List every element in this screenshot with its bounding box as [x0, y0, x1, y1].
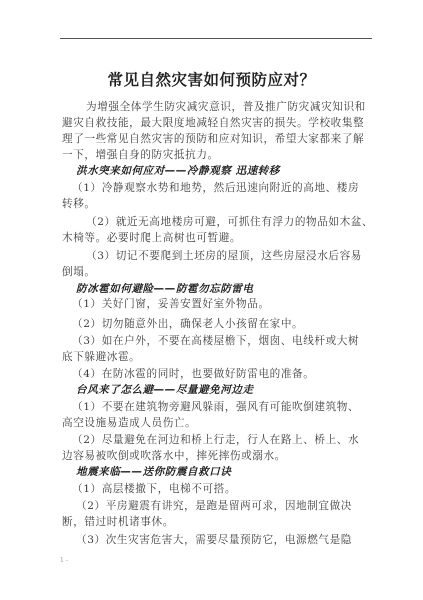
section-heading: 台风来了怎么避——尽量避免河边走 [76, 382, 254, 397]
body-text-line: 理了一些常见自然灾害的预防和应对知识，希望大家都来了解 [62, 131, 364, 146]
body-text-line: 一下，增强自身的防灾抵抗力。 [62, 147, 219, 162]
body-text-line: 木椅等。必要时爬上高树也可暂避。 [62, 230, 241, 245]
body-text-line: 倒塌。 [62, 264, 96, 279]
body-text-line: 底下躲避冰雹。 [62, 349, 140, 364]
body-text-line: （2）切勿随意外出，确保老人小孩留在家中。 [72, 316, 303, 331]
document-title: 常见自然灾害如何预防应对？ [0, 68, 423, 90]
body-text-line: （2）尽量避免在河边和桥上行走，行人在路上、桥上、水 [72, 432, 359, 447]
body-text-line: （1）冷静观察水势和地势，然后迅速向附近的高地、楼房 [72, 180, 359, 195]
body-text-line: 转移。 [62, 196, 96, 211]
body-text-line: （1）关好门窗，妥善安置好室外物品。 [72, 296, 270, 311]
body-text-line: （2）平房避震有讲究，是跑是留两可求，因地制宜做决 [76, 498, 352, 513]
body-text-line: （1）高层楼撤下，电梯不可搭。 [72, 481, 236, 496]
body-text-line: （4）在防冰雹的同时，也要做好防雷电的准备。 [72, 366, 314, 381]
body-text-line: （3）次生灾害危害大，需要尽量预防它，电源燃气是隐 [76, 532, 352, 547]
body-text-line: （3）切记不要爬到土坯房的屋顶，这些房屋浸水后容易 [86, 248, 362, 263]
body-text-line: 高空设施易造成人员伤亡。 [62, 415, 196, 430]
section-heading: 地震来临——送你防震自救口诀 [76, 464, 231, 479]
section-heading: 防冰雹如何避险——防雹勿忘防雷电 [76, 281, 254, 296]
header-rule [60, 38, 372, 39]
body-text-line: （2）就近无高地楼房可避，可抓住有浮力的物品如木盆、 [86, 214, 373, 229]
body-text-line: （1）不要在建筑物旁避风躲雨，强风有可能吹倒建筑物、 [72, 399, 359, 414]
page-mark: 1 - [60, 557, 68, 564]
body-text-line: 边容易被吹倒或吹落水中，摔死摔伤或溺水。 [62, 448, 286, 463]
body-text-line: 避灾自救技能，最大限度地减轻自然灾害的损失。学校收集整 [62, 115, 364, 130]
body-text-line: 为增强全体学生防灾减灾意识，普及推广防灾减灾知识和 [86, 99, 366, 114]
section-heading: 洪水突来如何应对——冷静观察 迅速转移 [76, 163, 280, 178]
body-text-line: （3）如在户外，不要在高楼屋檐下，烟囱、电线杆或大树 [72, 333, 359, 348]
body-text-line: 断，错过时机诸事休。 [62, 514, 174, 529]
